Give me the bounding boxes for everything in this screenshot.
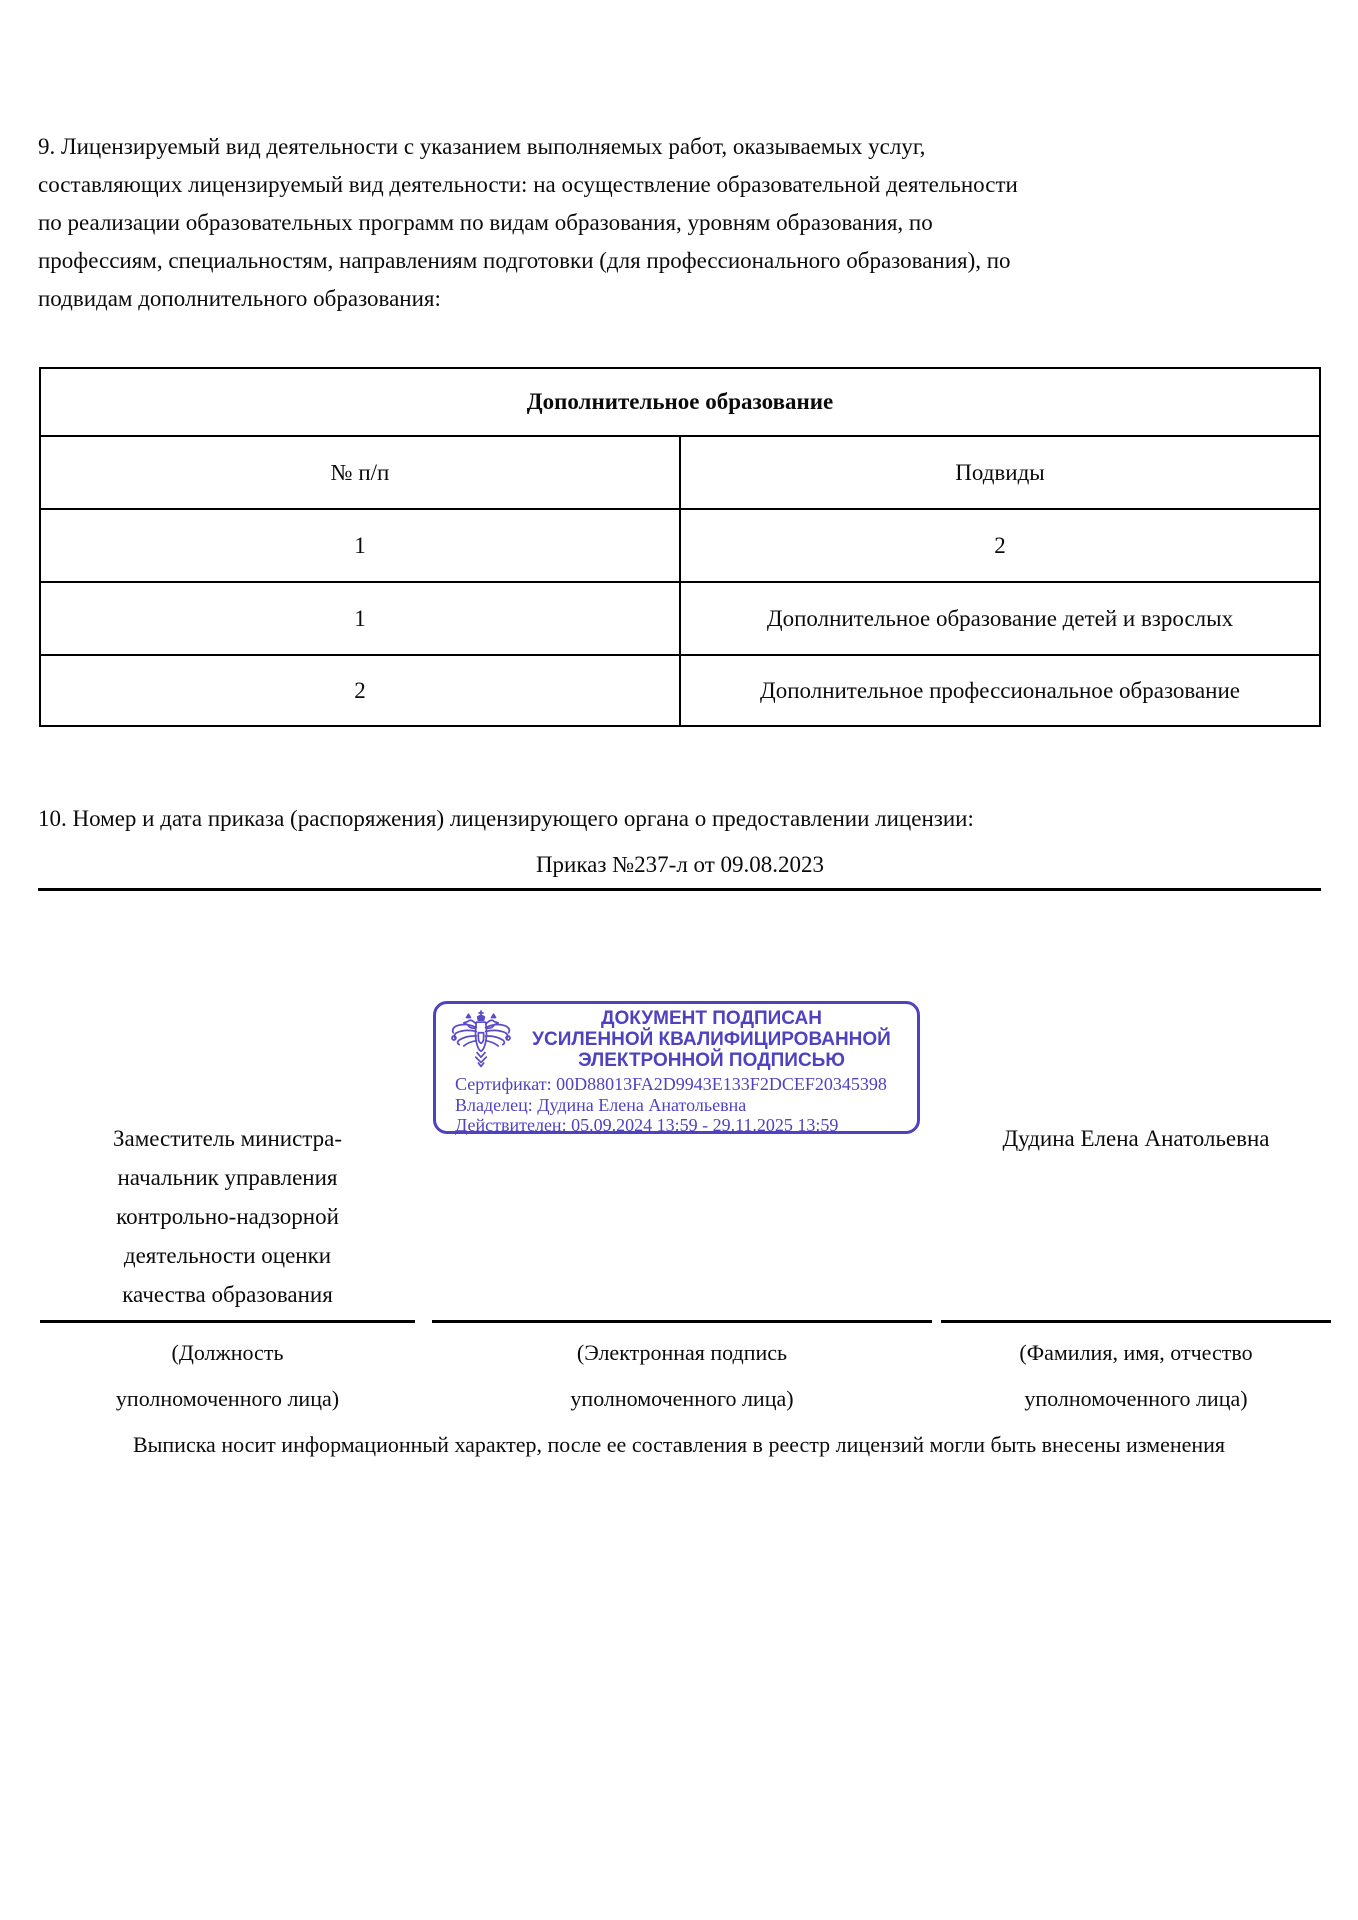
caption-line: уполномоченного лица) <box>40 1376 415 1422</box>
stamp-details: Сертификат: 00D88013FA2D9943E133F2DCEF20… <box>455 1074 911 1136</box>
caption-line: (Должность <box>40 1330 415 1376</box>
caption-esign: (Электронная подпись уполномоченного лиц… <box>432 1330 932 1422</box>
stamp-certificate: Сертификат: 00D88013FA2D9943E133F2DCEF20… <box>455 1074 911 1095</box>
double-headed-eagle-icon <box>448 1009 514 1076</box>
table-cell: 1 <box>40 582 680 655</box>
table-cell: 2 <box>40 655 680 726</box>
table-cell: Дополнительное профессиональное образова… <box>680 655 1320 726</box>
caption-name: (Фамилия, имя, отчество уполномоченного … <box>941 1330 1331 1422</box>
stamp-owner: Владелец: Дудина Елена Анатольевна <box>455 1095 911 1116</box>
position-line: начальник управления <box>40 1158 415 1197</box>
signature-line-name <box>941 1320 1331 1323</box>
table-cell: 2 <box>680 509 1320 582</box>
stamp-validity: Действителен: 05.09.2024 13:59 - 29.11.2… <box>455 1115 911 1136</box>
position-line: контрольно-надзорной <box>40 1197 415 1236</box>
caption-line: уполномоченного лица) <box>941 1376 1331 1422</box>
caption-line: (Электронная подпись <box>432 1330 932 1376</box>
signer-position: Заместитель министра- начальник управлен… <box>40 1119 415 1314</box>
informational-note: Выписка носит информационный характер, п… <box>29 1432 1329 1458</box>
section-10-heading: 10. Номер и дата приказа (распоряжения) … <box>38 806 1322 832</box>
order-number-and-date: Приказ №237-л от 09.08.2023 <box>38 852 1322 878</box>
position-line: качества образования <box>40 1275 415 1314</box>
caption-position: (Должность уполномоченного лица) <box>40 1330 415 1422</box>
paragraph-line: 9. Лицензируемый вид деятельности с указ… <box>38 128 1322 166</box>
license-extract-page: 9. Лицензируемый вид деятельности с указ… <box>0 0 1358 1920</box>
position-line: Заместитель министра- <box>40 1119 415 1158</box>
table-title: Дополнительное образование <box>40 368 1320 436</box>
order-underline <box>38 888 1321 891</box>
signature-line-esign <box>432 1320 932 1323</box>
signer-name: Дудина Елена Анатольевна <box>941 1126 1331 1152</box>
paragraph-line: составляющих лицензируемый вид деятельно… <box>38 166 1322 204</box>
stamp-title-line: ЭЛЕКТРОННОЙ ПОДПИСЬЮ <box>512 1050 911 1071</box>
paragraph-line: по реализации образовательных программ п… <box>38 204 1322 242</box>
stamp-title-line: ДОКУМЕНТ ПОДПИСАН <box>512 1008 911 1029</box>
column-header-subtypes: Подвиды <box>680 436 1320 509</box>
paragraph-line: профессиям, специальностям, направлениям… <box>38 242 1322 280</box>
position-line: деятельности оценки <box>40 1236 415 1275</box>
column-header-number: № п/п <box>40 436 680 509</box>
caption-line: (Фамилия, имя, отчество <box>941 1330 1331 1376</box>
table-cell: Дополнительное образование детей и взрос… <box>680 582 1320 655</box>
table-cell: 1 <box>40 509 680 582</box>
stamp-title: ДОКУМЕНТ ПОДПИСАН УСИЛЕННОЙ КВАЛИФИЦИРОВ… <box>512 1008 911 1071</box>
paragraph-line: подвидам дополнительного образования: <box>38 280 1322 318</box>
digital-signature-stamp: ДОКУМЕНТ ПОДПИСАН УСИЛЕННОЙ КВАЛИФИЦИРОВ… <box>433 1001 920 1134</box>
section-9-paragraph: 9. Лицензируемый вид деятельности с указ… <box>38 128 1322 318</box>
stamp-title-line: УСИЛЕННОЙ КВАЛИФИЦИРОВАННОЙ <box>512 1029 911 1050</box>
signature-line-position <box>40 1320 415 1323</box>
additional-education-table: Дополнительное образование № п/п Подвиды… <box>39 367 1321 727</box>
caption-line: уполномоченного лица) <box>432 1376 932 1422</box>
